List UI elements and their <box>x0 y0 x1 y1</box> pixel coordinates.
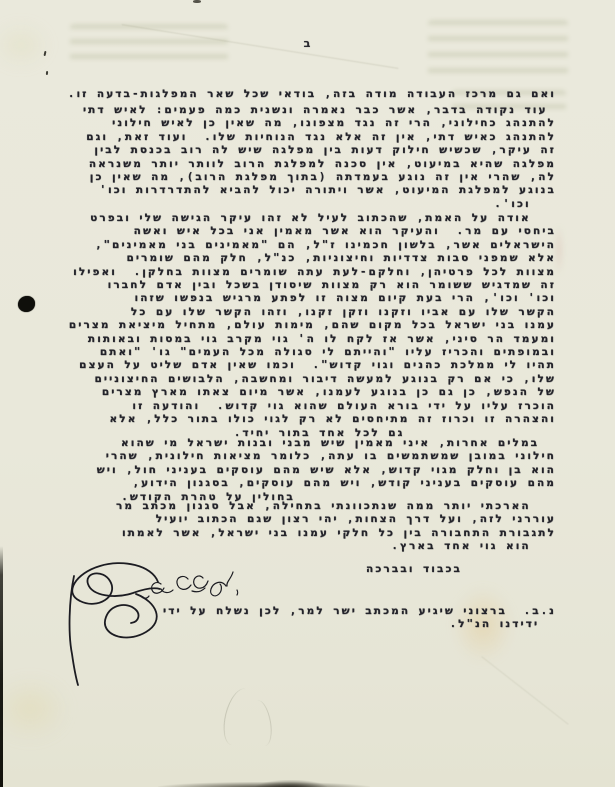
paper-smudge <box>555 224 563 276</box>
page-number: ב <box>0 37 615 50</box>
ink-speck <box>46 71 48 75</box>
letter-paragraph-4: במלים אחרות, איני מאמין שיש מבני ובנות י… <box>55 437 556 504</box>
scanned-letter-page: ב ואם גם מרכז העבודה מודה בזה, בודאי שכל… <box>0 0 615 787</box>
scan-edge-mark <box>193 0 201 3</box>
letter-paragraph-3: אודה על האמת, שהכתוב לעיל לא זהו עיקר הג… <box>55 212 556 440</box>
scan-edge-shadow <box>0 546 3 787</box>
closing-salutation: בכבוד ובברכה <box>366 563 462 576</box>
letter-paragraph-1: ואם גם מרכז העבודה מודה בזה, בודאי שכל ש… <box>55 88 556 101</box>
ink-blot <box>18 296 35 312</box>
paper-crease <box>248 699 275 748</box>
scan-edge-smudge <box>255 780 327 787</box>
postscript: נ.ב. ברצוני שיגיע המכתב ישר למר, לכן נשל… <box>55 605 556 632</box>
letter-paragraph-5: הארכתי יותר ממה שנתכוונתי בתחילה, אבל סג… <box>55 500 556 554</box>
letter-paragraph-2: עוד נקודה בדבר, אשר כבר נאמרה ונשנית כמה… <box>55 104 556 211</box>
paper-crease <box>481 656 568 725</box>
